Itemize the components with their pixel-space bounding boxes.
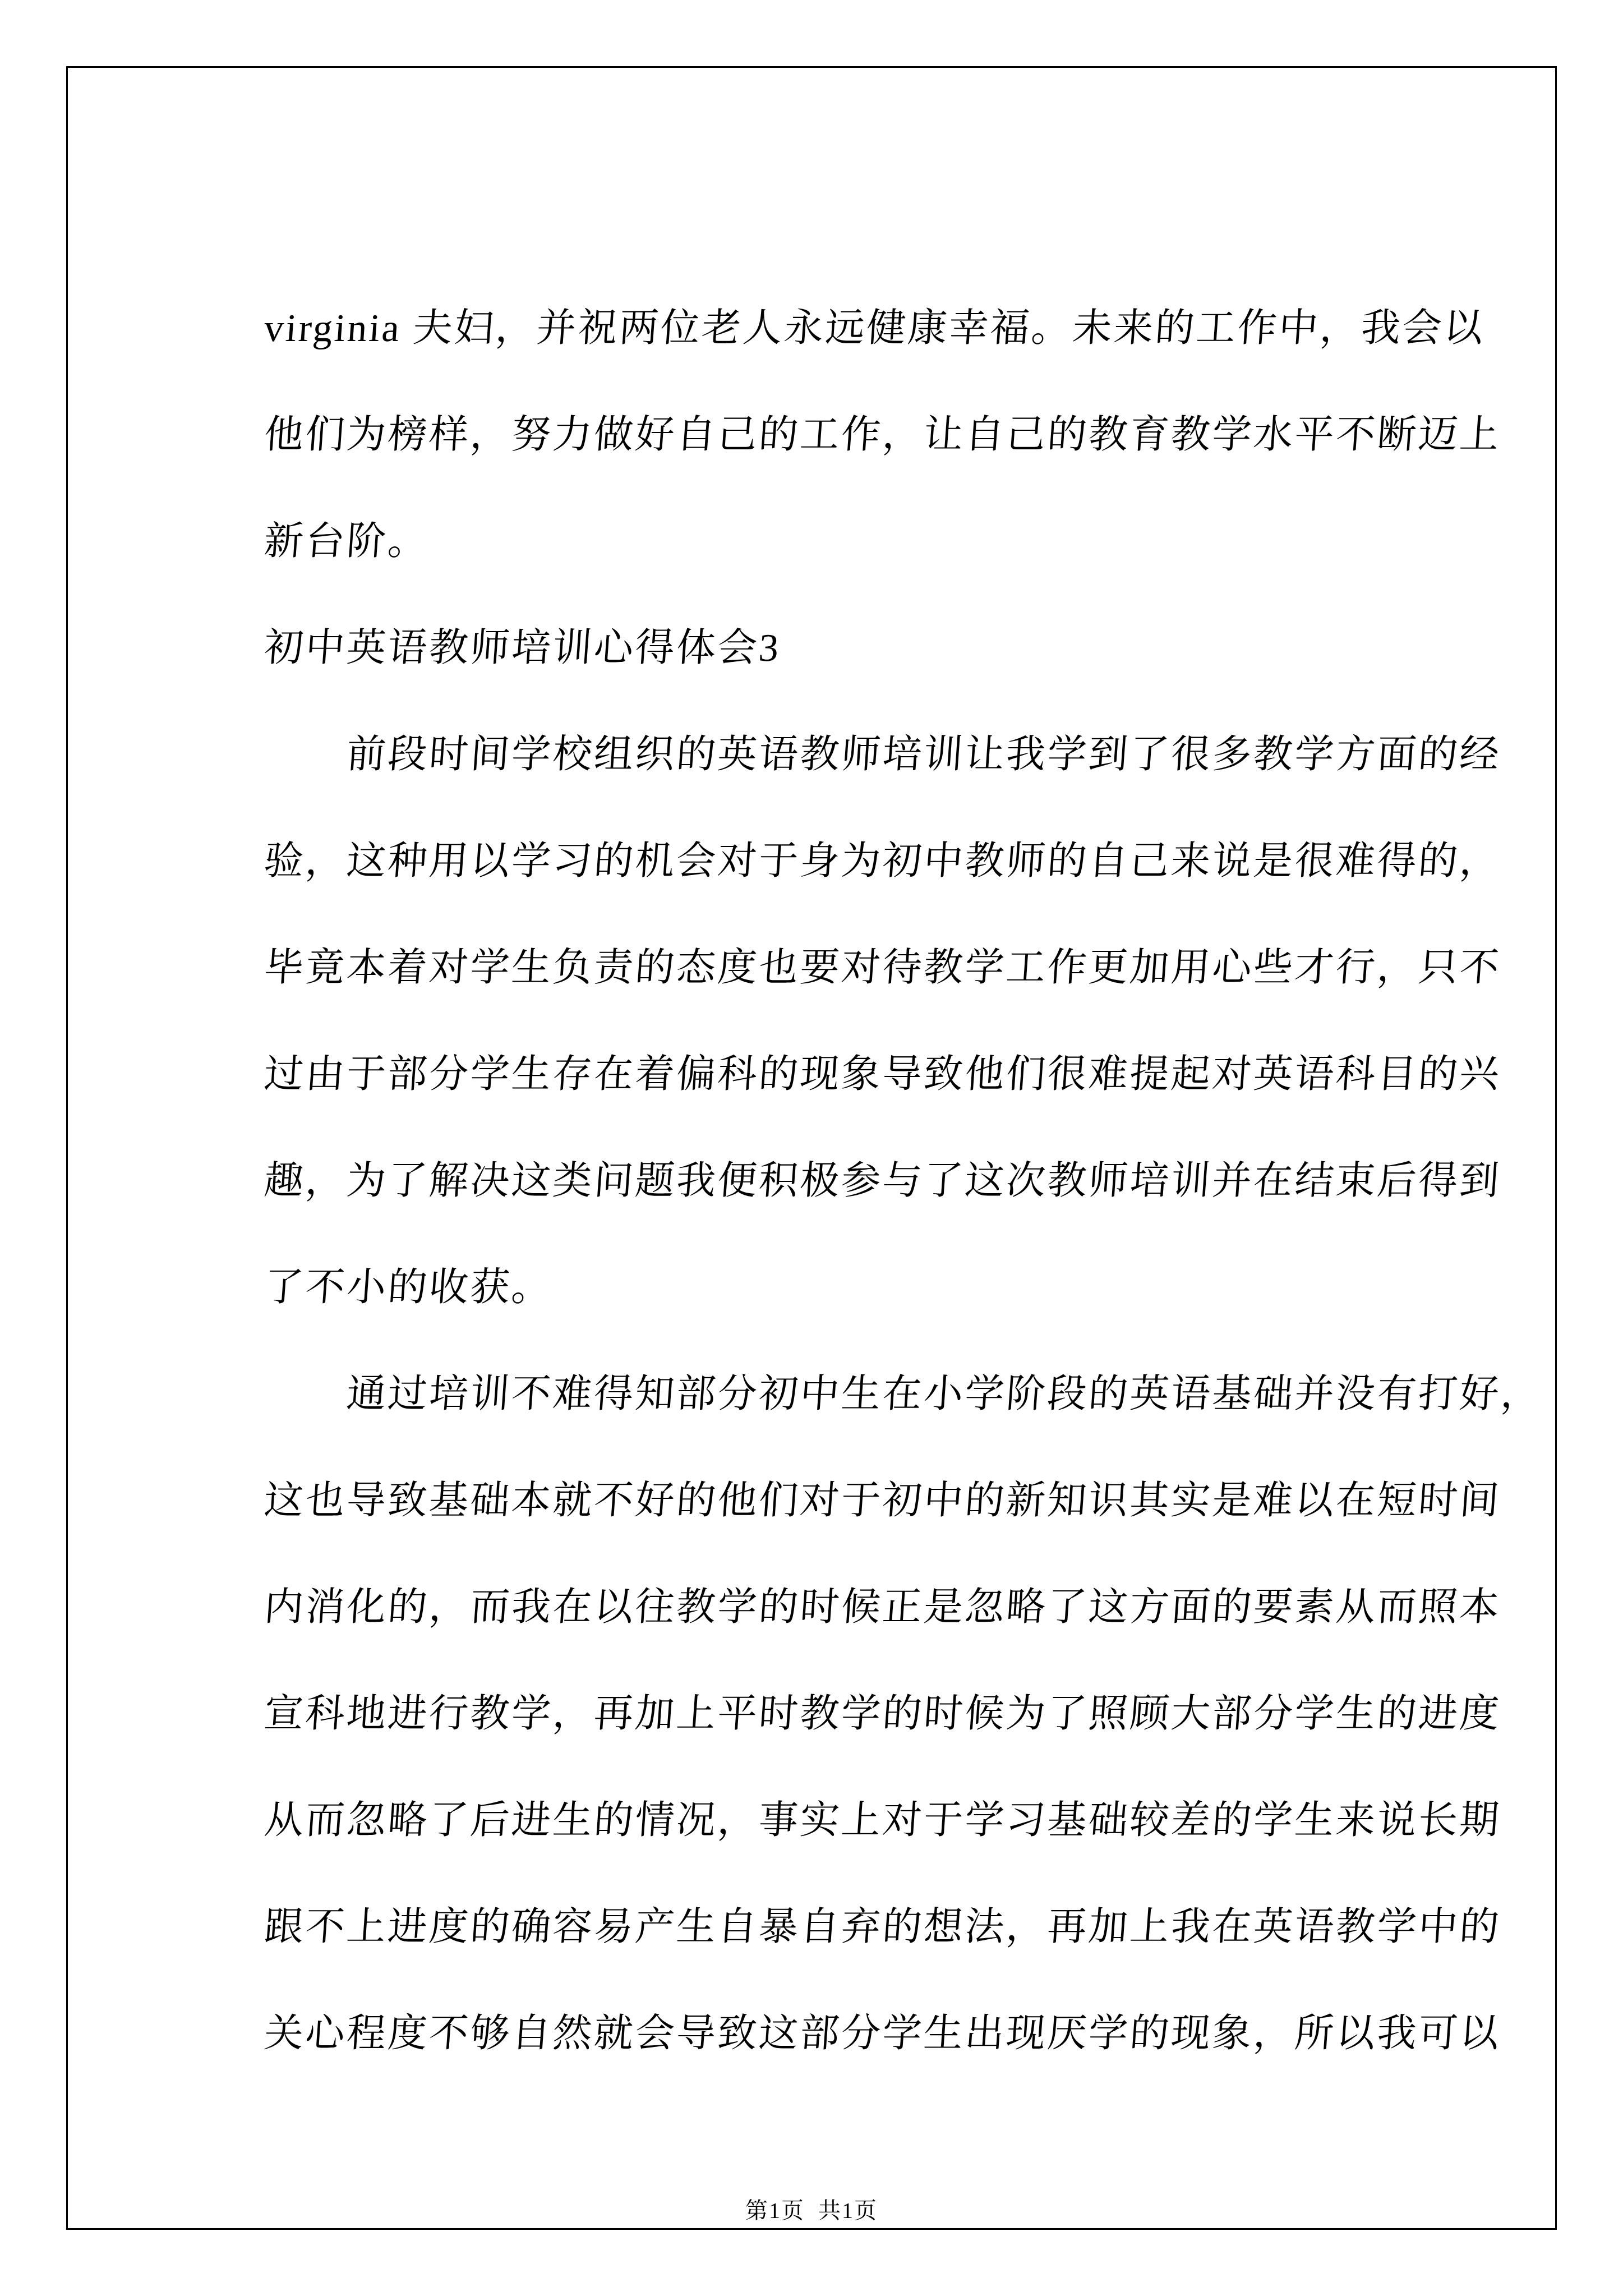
text-line: 了不小的收获。 xyxy=(260,1235,1508,1341)
text-line: 新台阶。 xyxy=(260,489,1508,595)
text-line: 初中英语教师培训心得体会3 xyxy=(260,595,1508,702)
text-line: 验，这种用以学习的机会对于身为初中教师的自己来说是很难得的， xyxy=(260,808,1508,915)
page-border: virginia 夫妇，并祝两位老人永远健康幸福。未来的工作中，我会以他们为榜样… xyxy=(66,66,1557,2230)
text-line: 跟不上进度的确容易产生自暴自弃的想法，再加上我在英语教学中的 xyxy=(260,1874,1508,1981)
page-footer: 第1页 共1页 xyxy=(68,2193,1555,2229)
text-line: 宣科地进行教学，再加上平时教学的时候为了照顾大部分学生的进度 xyxy=(260,1661,1508,1768)
text-line: 前段时间学校组织的英语教师培训让我学到了很多教学方面的经 xyxy=(260,702,1508,808)
text-line: 通过培训不难得知部分初中生在小学阶段的英语基础并没有打好， xyxy=(260,1341,1508,1448)
text-line: 他们为榜样，努力做好自己的工作，让自己的教育教学水平不断迈上 xyxy=(260,382,1508,489)
text-line: 内消化的，而我在以往教学的时候正是忽略了这方面的要素从而照本 xyxy=(260,1554,1508,1661)
text-line: 过由于部分学生存在着偏科的现象导致他们很难提起对英语科目的兴 xyxy=(260,1022,1508,1128)
text-line: 关心程度不够自然就会导致这部分学生出现厌学的现象，所以我可以 xyxy=(260,1981,1508,2087)
text-line: 从而忽略了后进生的情况，事实上对于学习基础较差的学生来说长期 xyxy=(260,1768,1508,1874)
document-page: virginia 夫妇，并祝两位老人永远健康幸福。未来的工作中，我会以他们为榜样… xyxy=(0,0,1623,2296)
text-line: 这也导致基础本就不好的他们对于初中的新知识其实是难以在短时间 xyxy=(260,1448,1508,1554)
text-line: virginia 夫妇，并祝两位老人永远健康幸福。未来的工作中，我会以 xyxy=(260,275,1508,382)
document-body: virginia 夫妇，并祝两位老人永远健康幸福。未来的工作中，我会以他们为榜样… xyxy=(264,275,1505,2087)
text-line: 毕竟本着对学生负责的态度也要对待教学工作更加用心些才行，只不 xyxy=(260,915,1508,1022)
text-line: 趣，为了解决这类问题我便积极参与了这次教师培训并在结束后得到 xyxy=(260,1128,1508,1235)
